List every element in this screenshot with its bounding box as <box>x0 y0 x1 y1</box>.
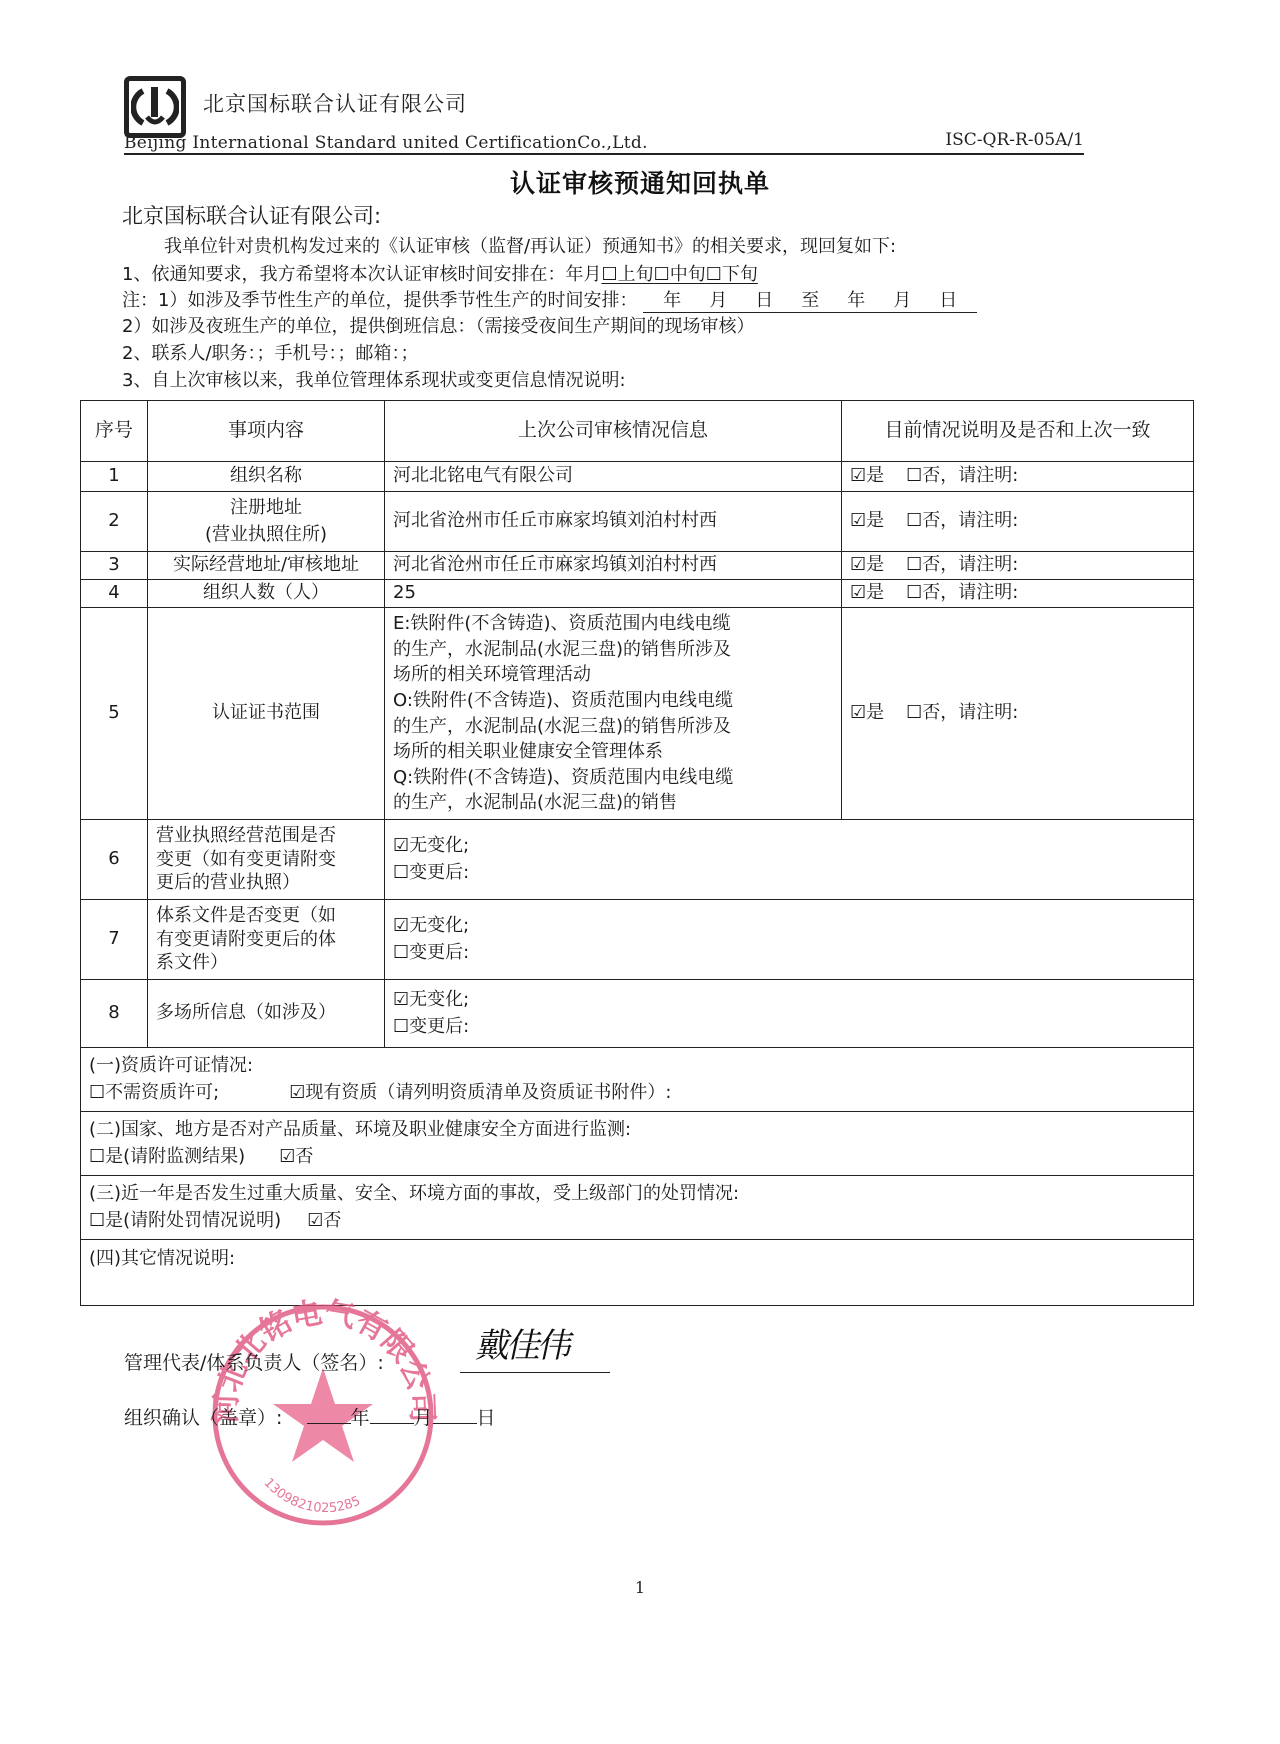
row-item: 体系文件是否变更（如 有变更请附变更后的体 系文件） <box>148 900 385 980</box>
row-item: 实际经营地址/审核地址 <box>148 552 385 580</box>
unchanged-checkbox[interactable]: ☑无变化; <box>393 913 1185 939</box>
organization-confirmation: 组织确认（盖章）: 年月日 <box>124 1403 496 1430</box>
schedule-request: 1、依通知要求，我方希望将本次认证审核时间安排在：年月☐上旬☐中旬☐下旬 <box>122 260 758 286</box>
section-title: (四)其它情况说明: <box>89 1246 1185 1272</box>
contact-info: 2、联系人/职务：；手机号：；邮箱：； <box>122 339 419 365</box>
certificate-scope: E:铁附件(不含铸造)、资质范围内电线电缆 的生产，水泥制品(水泥三盘)的销售所… <box>385 608 842 820</box>
table-row: 1 组织名称 河北北铭电气有限公司 ☑是☐否，请注明: <box>81 462 1194 492</box>
no-checkbox[interactable]: ☐否，请注明: <box>906 700 1018 726</box>
representative-signature-label: 管理代表/体系负责人（签名）: <box>124 1348 384 1375</box>
no-checkbox[interactable]: ☐否，请注明: <box>906 463 1018 489</box>
section-title: (一)资质许可证情况: <box>89 1053 1185 1079</box>
accident-section: (三)近一年是否发生过重大质量、安全、环境方面的事故，受上级部门的处罚情况: ☐… <box>81 1176 1194 1240</box>
page-number: 1 <box>0 1578 1280 1597</box>
header-divider <box>124 153 1084 155</box>
no-checkbox[interactable]: ☐否，请注明: <box>906 552 1018 578</box>
schedule-prefix: 1、依通知要求，我方希望将本次认证审核时间安排在：年月 <box>122 264 601 285</box>
accident-yes-checkbox[interactable]: ☐是(请附处罚情况说明) <box>89 1210 281 1231</box>
row-status: ☑是☐否，请注明: <box>842 492 1194 552</box>
table-header-row: 序号 事项内容 上次公司审核情况信息 目前情况说明及是否和上次一致 <box>81 401 1194 462</box>
qualification-section: (一)资质许可证情况: ☐不需资质许可;☑现有资质（请列明资质清单及资质证书附件… <box>81 1048 1194 1112</box>
row-previous-value: 河北北铭电气有限公司 <box>385 462 842 492</box>
option-mid-month[interactable]: ☐中旬 <box>654 264 706 285</box>
row-item: 组织名称 <box>148 462 385 492</box>
yes-checkbox[interactable]: ☑是 <box>850 552 884 578</box>
intro-paragraph: 我单位针对贵机构发过来的《认证审核（监督/再认证）预通知书》的相关要求，现回复如… <box>164 232 896 258</box>
change-info-heading: 3、自上次审核以来，我单位管理体系现状或变更信息情况说明: <box>122 366 626 392</box>
night-shift-note: 2）如涉及夜班生产的单位，提供倒班信息：（需接受夜间生产期间的现场审核） <box>122 312 754 338</box>
header-current-status: 目前情况说明及是否和上次一致 <box>842 401 1194 462</box>
row-status: ☑是☐否，请注明: <box>842 608 1194 820</box>
monitoring-section: (二)国家、地方是否对产品质量、环境及职业健康安全方面进行监测: ☐是(请附监测… <box>81 1112 1194 1176</box>
table-row: 8 多场所信息（如涉及） ☑无变化; ☐变更后: <box>81 980 1194 1048</box>
no-checkbox[interactable]: ☐否，请注明: <box>906 508 1018 534</box>
header-item: 事项内容 <box>148 401 385 462</box>
table-row: 4 组织人数（人） 25 ☑是☐否，请注明: <box>81 580 1194 608</box>
company-name-cn: 北京国标联合认证有限公司 <box>203 88 467 118</box>
row-item: 注册地址(营业执照住所) <box>148 492 385 552</box>
month-field[interactable] <box>370 1405 414 1424</box>
logo-mark-icon <box>131 83 179 131</box>
table-row: 7 体系文件是否变更（如 有变更请附变更后的体 系文件） ☑无变化; ☐变更后: <box>81 900 1194 980</box>
row-change-status: ☑无变化; ☐变更后: <box>385 900 1194 980</box>
year-field[interactable] <box>307 1405 351 1424</box>
row-item: 多场所信息（如涉及） <box>148 980 385 1048</box>
row-item: 认证证书范围 <box>148 608 385 820</box>
yes-checkbox[interactable]: ☑是 <box>850 463 884 489</box>
changed-checkbox[interactable]: ☐变更后: <box>393 940 1185 966</box>
row-status: ☑是☐否，请注明: <box>842 552 1194 580</box>
row-previous-value: 25 <box>385 580 842 608</box>
monitoring-no-checkbox[interactable]: ☑否 <box>279 1146 313 1167</box>
unchanged-checkbox[interactable]: ☑无变化; <box>393 987 1185 1013</box>
has-qualification-checkbox[interactable]: ☑现有资质（请列明资质清单及资质证书附件）: <box>289 1082 671 1103</box>
option-early-month[interactable]: ☐上旬 <box>601 264 653 285</box>
audit-info-table: 序号 事项内容 上次公司审核情况信息 目前情况说明及是否和上次一致 1 组织名称… <box>80 400 1194 1306</box>
addressee: 北京国标联合认证有限公司: <box>122 200 381 230</box>
table-row: 6 营业执照经营范围是否 变更（如有变更请附变 更后的营业执照） ☑无变化; ☐… <box>81 820 1194 900</box>
seasonal-note: 注：1）如涉及季节性生产的单位，提供季节性生产的时间安排： 年月日至年月日 <box>122 286 977 313</box>
row-change-status: ☑无变化; ☐变更后: <box>385 820 1194 900</box>
document-page: 北京国标联合认证有限公司 Beijing International Stand… <box>0 0 1280 1744</box>
seasonal-note-prefix: 注：1）如涉及季节性生产的单位，提供季节性生产的时间安排： <box>122 290 637 311</box>
header-no: 序号 <box>81 401 148 462</box>
document-title: 认证审核预通知回执单 <box>0 164 1280 200</box>
signature-field[interactable] <box>460 1372 610 1373</box>
row-number: 3 <box>81 552 148 580</box>
section-title: (三)近一年是否发生过重大质量、安全、环境方面的事故，受上级部门的处罚情况: <box>89 1181 1185 1207</box>
changed-checkbox[interactable]: ☐变更后: <box>393 860 1185 886</box>
row-number: 1 <box>81 462 148 492</box>
seasonal-date-range-field[interactable]: 年月日至年月日 <box>643 286 977 313</box>
row-number: 8 <box>81 980 148 1048</box>
option-late-month[interactable]: ☐下旬 <box>706 264 758 285</box>
row-number: 7 <box>81 900 148 980</box>
yes-checkbox[interactable]: ☑是 <box>850 700 884 726</box>
row-status: ☑是☐否，请注明: <box>842 580 1194 608</box>
document-code: ISC-QR-R-05A/1 <box>945 130 1084 150</box>
row-item: 营业执照经营范围是否 变更（如有变更请附变 更后的营业执照） <box>148 820 385 900</box>
row-number: 6 <box>81 820 148 900</box>
confirm-label: 组织确认（盖章）: <box>124 1407 282 1429</box>
yes-checkbox[interactable]: ☑是 <box>850 580 884 606</box>
accident-no-checkbox[interactable]: ☑否 <box>307 1210 341 1231</box>
row-number: 5 <box>81 608 148 820</box>
company-logo <box>124 76 186 138</box>
monitoring-yes-checkbox[interactable]: ☐是(请附监测结果) <box>89 1146 245 1167</box>
no-checkbox[interactable]: ☐否，请注明: <box>906 580 1018 606</box>
no-qualification-checkbox[interactable]: ☐不需资质许可; <box>89 1082 219 1103</box>
day-field[interactable] <box>433 1405 477 1424</box>
row-change-status: ☑无变化; ☐变更后: <box>385 980 1194 1048</box>
row-item: 组织人数（人） <box>148 580 385 608</box>
table-row: 2 注册地址(营业执照住所) 河北省沧州市任丘市麻家坞镇刘泊村村西 ☑是☐否，请… <box>81 492 1194 552</box>
schedule-options: ☐上旬☐中旬☐下旬 <box>601 264 757 285</box>
row-status: ☑是☐否，请注明: <box>842 462 1194 492</box>
table-row: 3 实际经营地址/审核地址 河北省沧州市任丘市麻家坞镇刘泊村村西 ☑是☐否，请注… <box>81 552 1194 580</box>
handwritten-signature: 戴佳伟 <box>473 1318 576 1367</box>
header-previous-info: 上次公司审核情况信息 <box>385 401 842 462</box>
section-title: (二)国家、地方是否对产品质量、环境及职业健康安全方面进行监测: <box>89 1117 1185 1143</box>
unchanged-checkbox[interactable]: ☑无变化; <box>393 833 1185 859</box>
row-number: 2 <box>81 492 148 552</box>
changed-checkbox[interactable]: ☐变更后: <box>393 1014 1185 1040</box>
row-previous-value: 河北省沧州市任丘市麻家坞镇刘泊村村西 <box>385 552 842 580</box>
row-number: 4 <box>81 580 148 608</box>
table-row: 5 认证证书范围 E:铁附件(不含铸造)、资质范围内电线电缆 的生产，水泥制品(… <box>81 608 1194 820</box>
yes-checkbox[interactable]: ☑是 <box>850 508 884 534</box>
company-name-en: Beijing International Standard united Ce… <box>124 133 648 153</box>
row-previous-value: 河北省沧州市任丘市麻家坞镇刘泊村村西 <box>385 492 842 552</box>
